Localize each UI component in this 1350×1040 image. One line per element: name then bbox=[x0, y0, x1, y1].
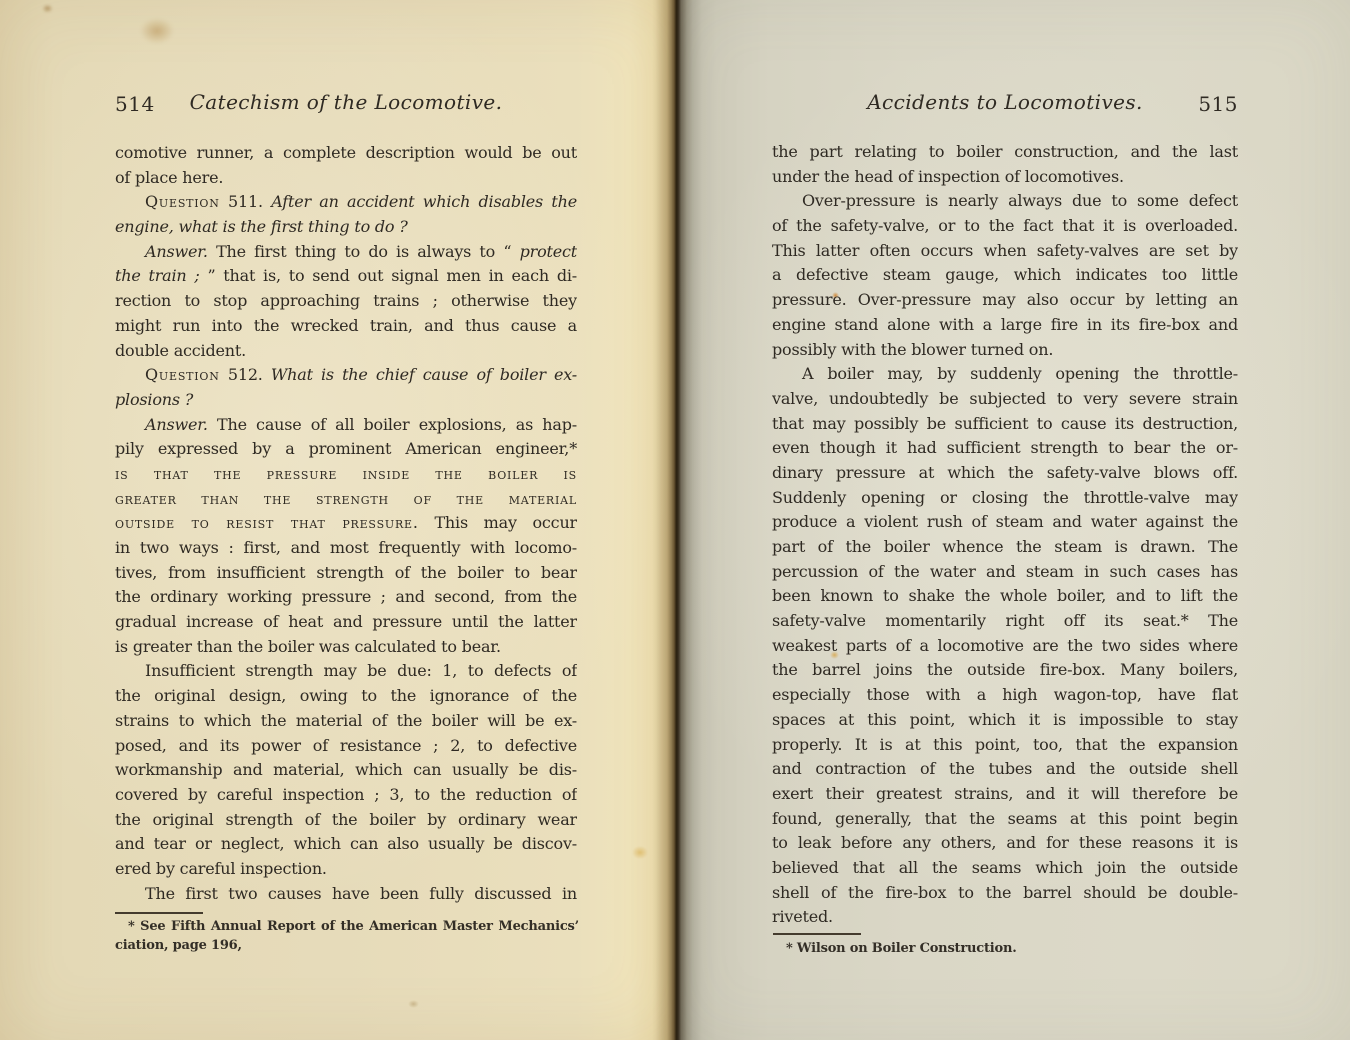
left-footnote-rule bbox=[115, 912, 203, 914]
text-segment: 511. bbox=[220, 192, 272, 211]
text-line: believed that all the seams which join t… bbox=[772, 856, 1238, 881]
text-line: in two ways : first, and most frequently… bbox=[115, 536, 577, 561]
text-line: engine stand alone with a large fire in … bbox=[772, 313, 1238, 338]
text-segment: and contraction of the tubes and the out… bbox=[772, 759, 1238, 778]
text-line: the part relating to boiler construction… bbox=[772, 140, 1238, 165]
text-line: possibly with the blower turned on. bbox=[772, 338, 1238, 363]
text-segment: double accident. bbox=[115, 341, 246, 360]
paragraph: * See Fifth Annual Report of the America… bbox=[115, 918, 579, 955]
italic-text: engine, what is the first thing to do ? bbox=[115, 217, 408, 236]
text-segment: The cause of all boiler explosions, as h… bbox=[208, 415, 577, 434]
text-segment: riveted. bbox=[772, 907, 833, 926]
text-segment: a defective steam gauge, which indicates… bbox=[772, 265, 1238, 284]
paper-stain bbox=[632, 846, 648, 859]
text-segment: Insufficient strength may be due: 1, to … bbox=[145, 661, 577, 680]
text-segment: safety-valve momentarily right off its s… bbox=[772, 611, 1238, 630]
text-line: * See Fifth Annual Report of the America… bbox=[115, 918, 579, 937]
text-line: especially those with a high wagon-top, … bbox=[772, 683, 1238, 708]
text-line: properly. It is at this point, too, that… bbox=[772, 733, 1238, 758]
text-line: * Wilson on Boiler Construction. bbox=[773, 940, 1237, 959]
paragraph: Over-pressure is nearly always due to so… bbox=[772, 189, 1238, 362]
text-segment: part of the boiler whence the steam is d… bbox=[772, 537, 1238, 556]
text-segment: of place here. bbox=[115, 168, 223, 187]
text-line: A boiler may, by suddenly opening the th… bbox=[772, 362, 1238, 387]
text-segment: of the safety-valve, or to the fact that… bbox=[772, 216, 1238, 235]
text-line: ciation, page 196, bbox=[115, 937, 579, 956]
text-segment: even though it had sufficient strength t… bbox=[772, 438, 1238, 457]
text-line: gradual increase of heat and pressure un… bbox=[115, 610, 577, 635]
text-segment: and tear or neglect, which can also usua… bbox=[115, 834, 577, 853]
paragraph: * Wilson on Boiler Construction. bbox=[773, 940, 1237, 959]
text-segment: is greater than the boiler was calculate… bbox=[115, 637, 501, 656]
left-page: 514 Catechism of the Locomotive. comotiv… bbox=[0, 0, 676, 1040]
text-line: dinary pressure at which the safety-valv… bbox=[772, 461, 1238, 486]
right-page: Accidents to Locomotives. 515 the part r… bbox=[676, 0, 1350, 1040]
text-segment: The first two causes have been fully dis… bbox=[145, 884, 577, 903]
text-line: and tear or neglect, which can also usua… bbox=[115, 832, 577, 857]
text-line: spaces at this point, which it is imposs… bbox=[772, 708, 1238, 733]
text-line: workmanship and material, which can usua… bbox=[115, 758, 577, 783]
text-segment: under the head of inspection of locomoti… bbox=[772, 167, 1124, 186]
text-segment: strains to which the material of the boi… bbox=[115, 711, 577, 730]
text-line: found, generally, that the seams at this… bbox=[772, 807, 1238, 832]
text-segment: properly. It is at this point, too, that… bbox=[772, 735, 1238, 754]
right-footnote-rule bbox=[773, 933, 861, 935]
italic-text: Answer. bbox=[145, 415, 208, 434]
text-segment: exert their greatest strains, and it wil… bbox=[772, 784, 1238, 803]
text-segment: * Wilson on Boiler Construction. bbox=[786, 941, 1017, 956]
italic-text: Answer. bbox=[145, 242, 208, 261]
text-segment: weakest parts of a locomotive are the tw… bbox=[772, 636, 1238, 655]
text-segment: gradual increase of heat and pressure un… bbox=[115, 612, 577, 631]
text-segment: Suddenly opening or closing the throttle… bbox=[772, 488, 1238, 507]
text-segment: the original design, owing to the ignora… bbox=[115, 686, 577, 705]
right-footnote: * Wilson on Boiler Construction. bbox=[773, 940, 1237, 959]
text-line: covered by careful inspection ; 3, to th… bbox=[115, 783, 577, 808]
text-segment: shell of the fire-box to the barrel shou… bbox=[772, 883, 1238, 902]
text-line: shell of the fire-box to the barrel shou… bbox=[772, 881, 1238, 906]
text-segment: especially those with a high wagon-top, … bbox=[772, 685, 1238, 704]
italic-text: What is the chief cause of boiler ex- bbox=[271, 365, 577, 384]
small-caps-text: greater than the strength of the materia… bbox=[115, 489, 577, 508]
text-line: plosions ? bbox=[115, 388, 577, 413]
text-line: safety-valve momentarily right off its s… bbox=[772, 609, 1238, 634]
text-segment: possibly with the blower turned on. bbox=[772, 340, 1053, 359]
text-line: outside to resist that pressure. This ma… bbox=[115, 511, 577, 536]
small-caps-text: is that the pressure inside the boiler i… bbox=[115, 464, 577, 483]
text-segment: engine stand alone with a large fire in … bbox=[772, 315, 1238, 334]
text-line: of the safety-valve, or to the fact that… bbox=[772, 214, 1238, 239]
text-segment: The first thing to do is always to “ bbox=[208, 242, 520, 261]
text-segment: covered by careful inspection ; 3, to th… bbox=[115, 785, 577, 804]
text-line: engine, what is the first thing to do ? bbox=[115, 215, 577, 240]
text-segment: produce a violent rush of steam and wate… bbox=[772, 512, 1238, 531]
text-segment: in two ways : first, and most frequently… bbox=[115, 538, 577, 557]
text-line: exert their greatest strains, and it wil… bbox=[772, 782, 1238, 807]
text-line: strains to which the material of the boi… bbox=[115, 709, 577, 734]
text-segment: tives, from insufficient strength of the… bbox=[115, 563, 577, 582]
text-line: the ordinary working pressure ; and seco… bbox=[115, 585, 577, 610]
text-segment: believed that all the seams which join t… bbox=[772, 858, 1238, 877]
text-segment: dinary pressure at which the safety-valv… bbox=[772, 463, 1238, 482]
left-running-title: Catechism of the Locomotive. bbox=[115, 90, 577, 114]
text-line: Question 511. After an accident which di… bbox=[115, 190, 577, 215]
italic-text: After an accident which disables the bbox=[271, 192, 577, 211]
text-segment: valve, undoubtedly be subjected to very … bbox=[772, 389, 1238, 408]
text-line: the train ; ” that is, to send out signa… bbox=[115, 264, 577, 289]
paragraph: Answer. The first thing to do is always … bbox=[115, 240, 577, 363]
text-line: valve, undoubtedly be subjected to very … bbox=[772, 387, 1238, 412]
text-line: been known to shake the whole boiler, an… bbox=[772, 584, 1238, 609]
text-segment: ” that is, to send out signal men in eac… bbox=[200, 266, 577, 285]
text-line: is that the pressure inside the boiler i… bbox=[115, 462, 577, 487]
text-line: Suddenly opening or closing the throttle… bbox=[772, 486, 1238, 511]
text-line: that may possibly be sufficient to cause… bbox=[772, 412, 1238, 437]
text-line: under the head of inspection of locomoti… bbox=[772, 165, 1238, 190]
text-line: a defective steam gauge, which indicates… bbox=[772, 263, 1238, 288]
text-line: comotive runner, a complete description … bbox=[115, 141, 577, 166]
left-page-body: comotive runner, a complete description … bbox=[115, 141, 577, 906]
text-segment: pily expressed by a prominent American e… bbox=[115, 439, 577, 458]
text-line: the barrel joins the outside fire-box. M… bbox=[772, 658, 1238, 683]
text-line: ered by careful inspection. bbox=[115, 857, 577, 882]
text-segment: percussion of the water and steam in suc… bbox=[772, 562, 1238, 581]
text-segment: A boiler may, by suddenly opening the th… bbox=[802, 364, 1238, 383]
paragraph: Question 511. After an accident which di… bbox=[115, 190, 577, 239]
text-segment: the part relating to boiler construction… bbox=[772, 142, 1238, 161]
text-segment: that may possibly be sufficient to cause… bbox=[772, 414, 1238, 433]
text-line: and contraction of the tubes and the out… bbox=[772, 757, 1238, 782]
text-line: Answer. The cause of all boiler explosio… bbox=[115, 413, 577, 438]
text-segment: Over-pressure is nearly always due to so… bbox=[802, 191, 1238, 210]
text-line: might run into the wrecked train, and th… bbox=[115, 314, 577, 339]
text-line: weakest parts of a locomotive are the tw… bbox=[772, 634, 1238, 659]
text-segment: This may occur bbox=[419, 513, 577, 532]
text-segment: * See Fifth Annual Report of the America… bbox=[128, 919, 579, 937]
text-line: pily expressed by a prominent American e… bbox=[115, 437, 577, 462]
text-line: the original strength of the boiler by o… bbox=[115, 808, 577, 833]
small-caps-text: outside to resist that pressure. bbox=[115, 513, 419, 532]
paragraph: the part relating to boiler construction… bbox=[772, 140, 1238, 189]
text-line: posed, and its power of resistance ; 2, … bbox=[115, 734, 577, 759]
text-line: greater than the strength of the materia… bbox=[115, 487, 577, 512]
text-line: Over-pressure is nearly always due to so… bbox=[772, 189, 1238, 214]
paragraph: comotive runner, a complete description … bbox=[115, 141, 577, 190]
right-page-number: 515 bbox=[772, 92, 1238, 116]
text-line: pressure. Over-pressure may also occur b… bbox=[772, 288, 1238, 313]
text-line: produce a violent rush of steam and wate… bbox=[772, 510, 1238, 535]
text-line: Answer. The first thing to do is always … bbox=[115, 240, 577, 265]
small-caps-text: Question bbox=[145, 192, 220, 211]
paper-stain bbox=[140, 18, 174, 44]
text-segment: to leak before any others, and for these… bbox=[772, 833, 1238, 852]
text-segment: might run into the wrecked train, and th… bbox=[115, 316, 577, 335]
text-line: part of the boiler whence the steam is d… bbox=[772, 535, 1238, 560]
text-segment: spaces at this point, which it is imposs… bbox=[772, 710, 1238, 729]
text-line: double accident. bbox=[115, 339, 577, 364]
text-segment: comotive runner, a complete description … bbox=[115, 143, 577, 162]
text-line: even though it had sufficient strength t… bbox=[772, 436, 1238, 461]
italic-text: the train ; bbox=[115, 266, 200, 285]
text-line: to leak before any others, and for these… bbox=[772, 831, 1238, 856]
text-line: The first two causes have been fully dis… bbox=[115, 882, 577, 907]
paragraph: Question 512. What is the chief cause of… bbox=[115, 363, 577, 412]
paragraph: A boiler may, by suddenly opening the th… bbox=[772, 362, 1238, 930]
text-segment: ciation, page 196, bbox=[115, 938, 242, 953]
text-line: the original design, owing to the ignora… bbox=[115, 684, 577, 709]
right-page-body: the part relating to boiler construction… bbox=[772, 140, 1238, 930]
paragraph: The first two causes have been fully dis… bbox=[115, 882, 577, 907]
text-segment: rection to stop approaching trains ; oth… bbox=[115, 291, 577, 310]
text-segment: ered by careful inspection. bbox=[115, 859, 327, 878]
text-segment: pressure. Over-pressure may also occur b… bbox=[772, 290, 1238, 309]
paper-stain bbox=[42, 4, 53, 13]
small-caps-text: Question bbox=[145, 365, 220, 384]
text-line: This latter often occurs when safety-val… bbox=[772, 239, 1238, 264]
text-segment: the ordinary working pressure ; and seco… bbox=[115, 587, 577, 606]
italic-text: protect bbox=[520, 242, 577, 261]
paragraph: Answer. The cause of all boiler explosio… bbox=[115, 413, 577, 660]
book-spread: 514 Catechism of the Locomotive. comotiv… bbox=[0, 0, 1350, 1040]
text-line: tives, from insufficient strength of the… bbox=[115, 561, 577, 586]
text-segment: the barrel joins the outside fire-box. M… bbox=[772, 660, 1238, 679]
text-segment: the original strength of the boiler by o… bbox=[115, 810, 577, 829]
text-line: is greater than the boiler was calculate… bbox=[115, 635, 577, 660]
text-line: Question 512. What is the chief cause of… bbox=[115, 363, 577, 388]
paragraph: Insufficient strength may be due: 1, to … bbox=[115, 659, 577, 881]
text-segment: found, generally, that the seams at this… bbox=[772, 809, 1238, 828]
paper-stain bbox=[408, 1000, 419, 1008]
text-line: riveted. bbox=[772, 905, 1238, 930]
left-footnote: * See Fifth Annual Report of the America… bbox=[115, 918, 579, 955]
text-line: Insufficient strength may be due: 1, to … bbox=[115, 659, 577, 684]
text-segment: This latter often occurs when safety-val… bbox=[772, 241, 1238, 260]
text-line: percussion of the water and steam in suc… bbox=[772, 560, 1238, 585]
text-line: of place here. bbox=[115, 166, 577, 191]
italic-text: plosions ? bbox=[115, 390, 193, 409]
text-segment: been known to shake the whole boiler, an… bbox=[772, 586, 1238, 605]
text-segment: posed, and its power of resistance ; 2, … bbox=[115, 736, 577, 755]
text-line: rection to stop approaching trains ; oth… bbox=[115, 289, 577, 314]
text-segment: workmanship and material, which can usua… bbox=[115, 760, 577, 779]
text-segment: 512. bbox=[220, 365, 271, 384]
